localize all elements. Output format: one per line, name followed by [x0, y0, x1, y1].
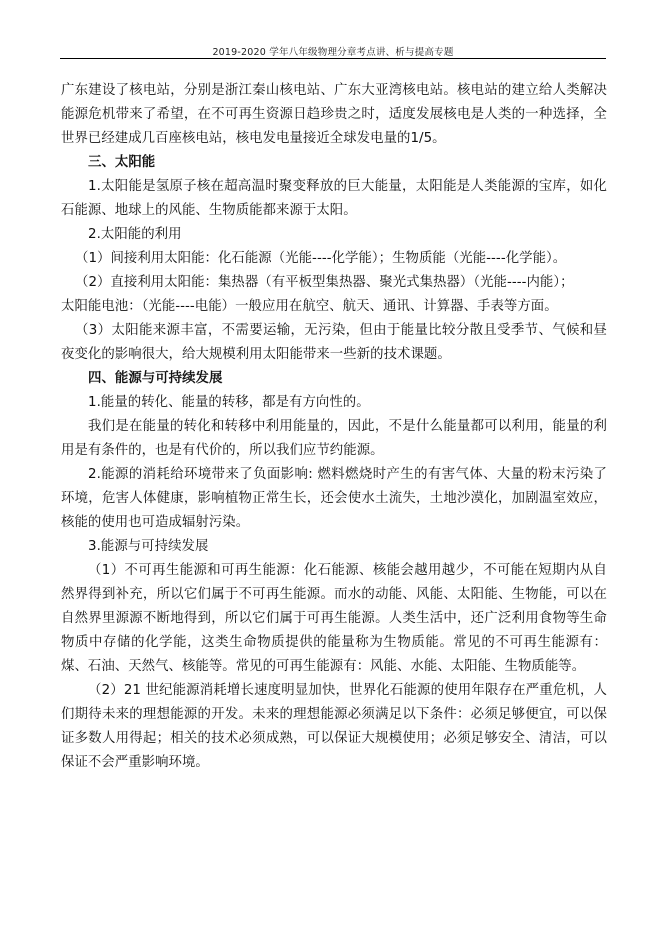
list-item-direct-use: （2）直接利用太阳能：集热器（有平板型集热器、聚光式集热器）（光能----内能）…: [61, 271, 607, 295]
subheading-energy-sustainability: 3.能源与可持续发展: [61, 535, 607, 559]
paragraph-solar-cells: 太阳能电池：（光能----电能）一般应用在航空、航天、通讯、计算器、手表等方面。: [61, 295, 607, 319]
paragraph-energy-conditions: 我们是在能量的转化和转移中利用能量的，因此，不是什么能量都可以利用，能量的利用是…: [61, 415, 607, 463]
subheading-solar-utilization: 2.太阳能的利用: [61, 223, 607, 247]
list-item-future-ideal-energy: （2）21 世纪能源消耗增长速度明显加快，世界化石能源的使用年限存在严重危机，人…: [61, 679, 607, 775]
list-item-solar-characteristics: （3）太阳能来源丰富，不需要运输，无污染，但由于能量比较分散且受季节、气候和昼夜…: [61, 319, 607, 367]
document-body: 广东建设了核电站，分别是浙江秦山核电站、广东大亚湾核电站。核电站的建立给人类解决…: [61, 79, 607, 775]
section-heading-sustainable-development: 四、能源与可持续发展: [61, 367, 607, 391]
paragraph-energy-directionality: 1.能量的转化、能量的转移，都是有方向性的。: [61, 391, 607, 415]
header-divider: [60, 58, 606, 59]
list-item-renewable-nonrenewable: （1）不可再生能源和可再生能源：化石能源、核能会越用越少，不可能在短期内从自然界…: [61, 559, 607, 679]
page-header-title: 2019-2020 学年八年级物理分章考点讲、析与提高专题: [60, 44, 606, 58]
paragraph-solar-origin: 1.太阳能是氢原子核在超高温时聚变释放的巨大能量，太阳能是人类能源的宝库，如化石…: [61, 175, 607, 223]
section-heading-solar-energy: 三、太阳能: [61, 151, 607, 175]
list-item-indirect-use: （1）间接利用太阳能：化石能源（光能----化学能）；生物质能（光能----化学…: [61, 247, 607, 271]
paragraph-nuclear-power-stations: 广东建设了核电站，分别是浙江秦山核电站、广东大亚湾核电站。核电站的建立给人类解决…: [61, 79, 607, 151]
paragraph-environmental-impact: 2.能源的消耗给环境带来了负面影响: 燃料燃烧时产生的有害气体、大量的粉末污染了…: [61, 463, 607, 535]
